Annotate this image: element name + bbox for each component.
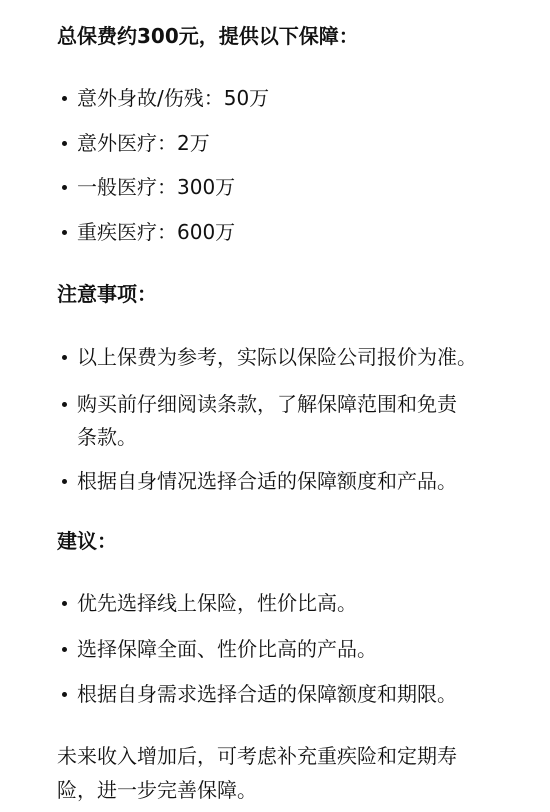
- bullet-icon: [62, 96, 67, 101]
- list-item-text: 根据自身需求选择合适的保障额度和期限。: [77, 682, 457, 706]
- coverage-heading: 总保费约300元，提供以下保障：: [57, 24, 359, 48]
- list-item-text: 重疾医疗：600万: [77, 220, 235, 244]
- advice-heading: 建议：: [57, 529, 117, 553]
- list-item-text: 以上保费为参考，实际以保险公司报价为准。: [77, 345, 477, 369]
- bullet-icon: [62, 647, 67, 652]
- bullet-icon: [62, 402, 67, 407]
- list-item-text: 根据自身情况选择合适的保障额度和产品。: [77, 469, 457, 493]
- closing-paragraph-line: 未来收入增加后，可考虑补充重疾险和定期寿: [57, 744, 457, 768]
- list-item-text: 意外身故/伤残：50万: [77, 86, 269, 110]
- list-item-text: 购买前仔细阅读条款，了解保障范围和免责: [77, 392, 457, 416]
- bullet-icon: [62, 601, 67, 606]
- notes-heading: 注意事项：: [57, 282, 157, 306]
- bullet-icon: [62, 355, 67, 360]
- bullet-icon: [62, 185, 67, 190]
- bullet-icon: [62, 230, 67, 235]
- bullet-icon: [62, 692, 67, 697]
- closing-paragraph-line: 险，进一步完善保障。: [57, 778, 257, 802]
- list-item-text: 条款。: [77, 425, 137, 449]
- list-item-text: 意外医疗：2万: [77, 131, 210, 155]
- list-item-text: 选择保障全面、性价比高的产品。: [77, 637, 377, 661]
- bullet-icon: [62, 479, 67, 484]
- bullet-icon: [62, 141, 67, 146]
- list-item-text: 优先选择线上保险，性价比高。: [77, 591, 357, 615]
- list-item-text: 一般医疗：300万: [77, 175, 235, 199]
